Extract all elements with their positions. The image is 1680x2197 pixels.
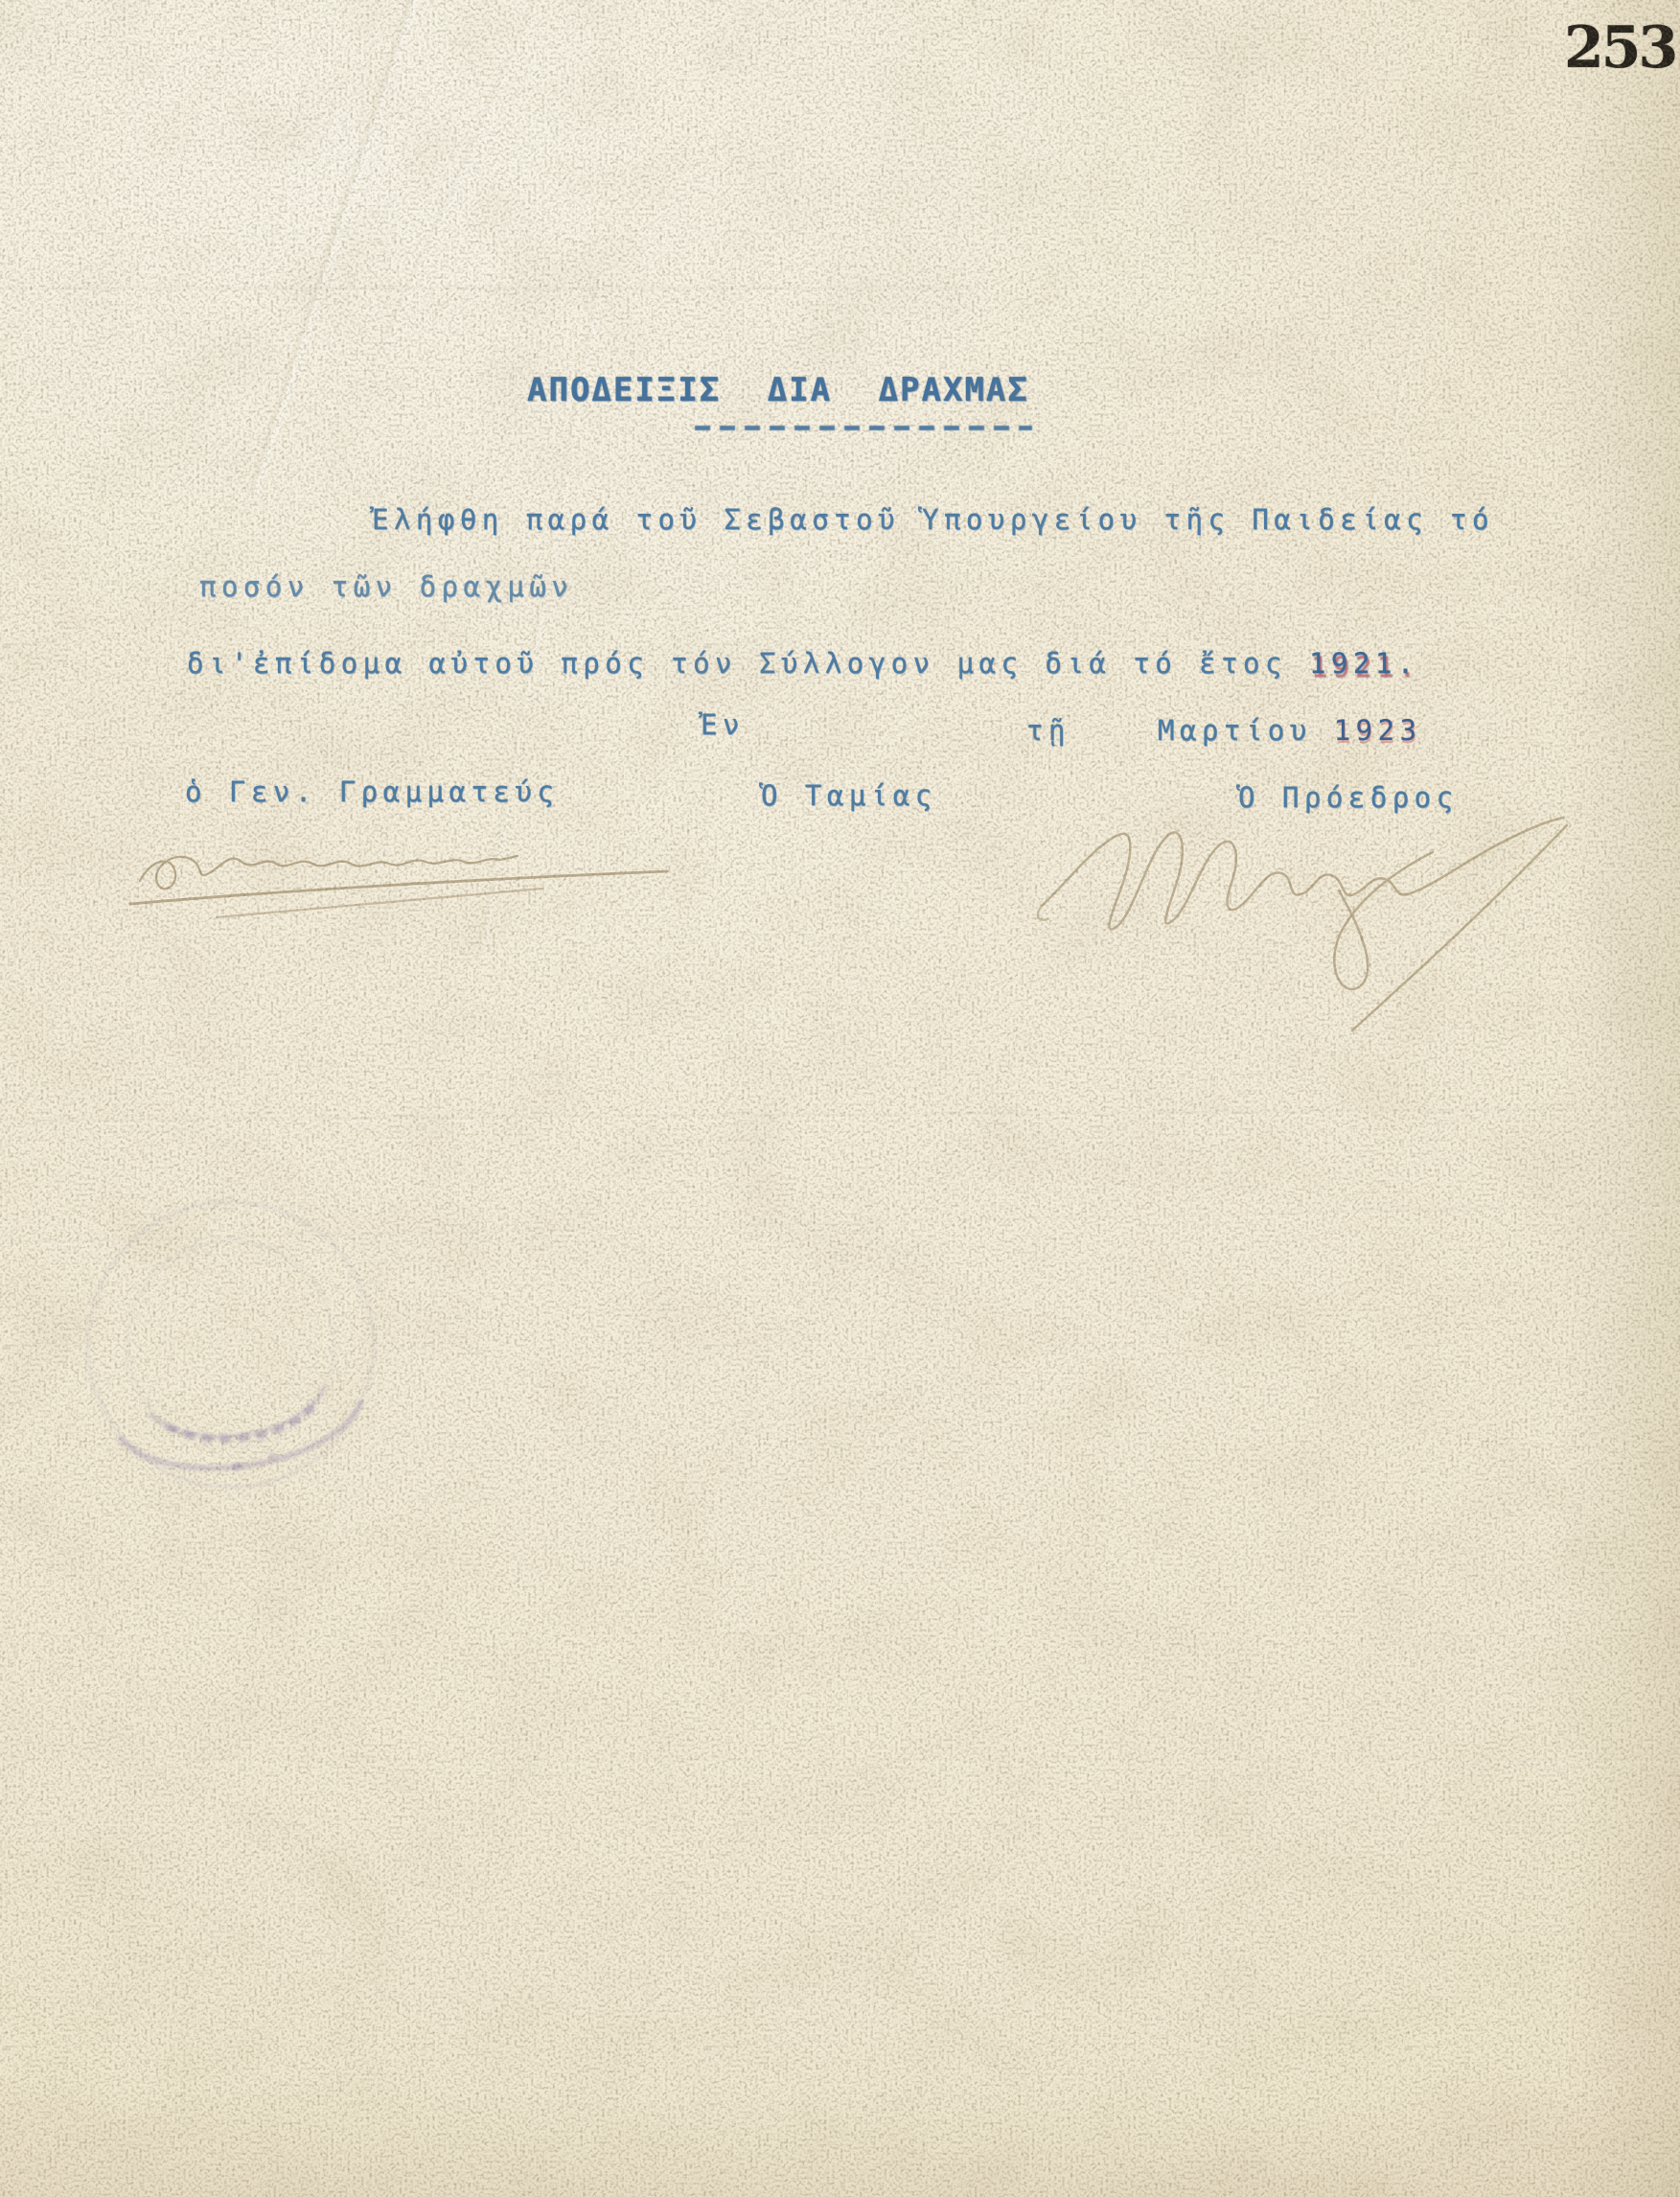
president-label: Ὁ Πρόεδρος [1238, 784, 1459, 812]
dateline-month: Μαρτίου [1158, 714, 1312, 747]
dateline-place-prefix: Ἐν [701, 711, 745, 739]
line-amount: ποσόν τῶν δραχμῶν [199, 573, 573, 601]
paper-crease [246, 0, 425, 496]
dateline-article: τῇ [1026, 717, 1070, 745]
scanned-receipt-page: 253 ΑΠΟΔΕΙΞΙΣ ΔΙΑ ΔΡΑΧΜΑΣ Ἐλήφθη παρά το… [0, 0, 1680, 2197]
line-purpose-text: δι'ἐπίδομα αὐτοῦ πρός τόν Σύλλογον μας δ… [187, 647, 1287, 680]
dateline-year: 1923 [1334, 714, 1422, 747]
fold-line [0, 1203, 1680, 1247]
line-received: Ἐλήφθη παρά τοῦ Σεβαστοῦ Ὑπουργείου τῆς … [372, 506, 1494, 534]
paper-crease [255, 29, 324, 321]
receipt-title: ΑΠΟΔΕΙΞΙΣ ΔΙΑ ΔΡΑΧΜΑΣ [527, 374, 1029, 406]
circular-stamp-icon [77, 1193, 393, 1510]
archive-page-number: 253 [1564, 19, 1675, 77]
title-underline-dashes [695, 426, 1032, 430]
secretary-signature [125, 820, 680, 935]
president-signature [1030, 810, 1586, 1045]
year-overstruck: 1921.1921. [1309, 650, 1419, 678]
paper-grain-texture [0, 0, 1680, 2197]
line-purpose: δι'ἐπίδομα αὐτοῦ πρός τόν Σύλλογον μας δ… [187, 650, 1419, 678]
fold-line [0, 1108, 1680, 1125]
paper-crease [369, 0, 545, 371]
fold-line [0, 1759, 1680, 1765]
dateline-month-year: Μαρτίου 1923 [1158, 717, 1422, 745]
paper-crease [1327, 48, 1489, 664]
treasurer-label: Ὁ Ταμίας [761, 782, 937, 810]
fold-line [0, 288, 975, 293]
secretary-label: ὁ Γεν. Γραμματεύς [185, 778, 559, 806]
